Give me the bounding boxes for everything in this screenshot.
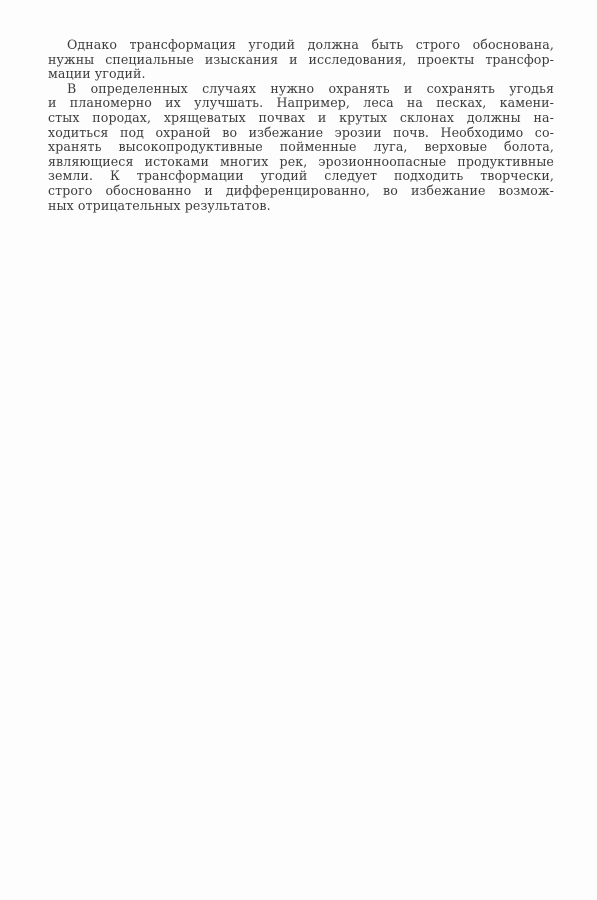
text-line: являющиеся истоками многих рек, эрозионн…: [48, 155, 554, 170]
paragraph-2: В определенных случаях нужно охранять и …: [48, 82, 554, 213]
text-line: стых породах, хрящеватых почвах и крутых…: [48, 111, 554, 126]
paragraph-1: Однако трансформация угодий должна быть …: [48, 38, 554, 82]
text-line: и планомерно их улучшать. Например, леса…: [48, 96, 554, 111]
document-page: Однако трансформация угодий должна быть …: [48, 38, 554, 213]
text-line: земли. К трансформации угодий следует по…: [48, 169, 554, 184]
text-line: ходиться под охраной во избежание эрозии…: [48, 126, 554, 141]
text-line: ных отрицательных результатов.: [48, 199, 554, 214]
text-line: нужны специальные изыскания и исследован…: [48, 53, 554, 68]
text-line: мации угодий.: [48, 67, 554, 82]
text-line: Однако трансформация угодий должна быть …: [48, 38, 554, 53]
text-line: В определенных случаях нужно охранять и …: [48, 82, 554, 97]
text-line: хранять высокопродуктивные пойменные луг…: [48, 140, 554, 155]
text-line: строго обоснованно и дифференцированно, …: [48, 184, 554, 199]
